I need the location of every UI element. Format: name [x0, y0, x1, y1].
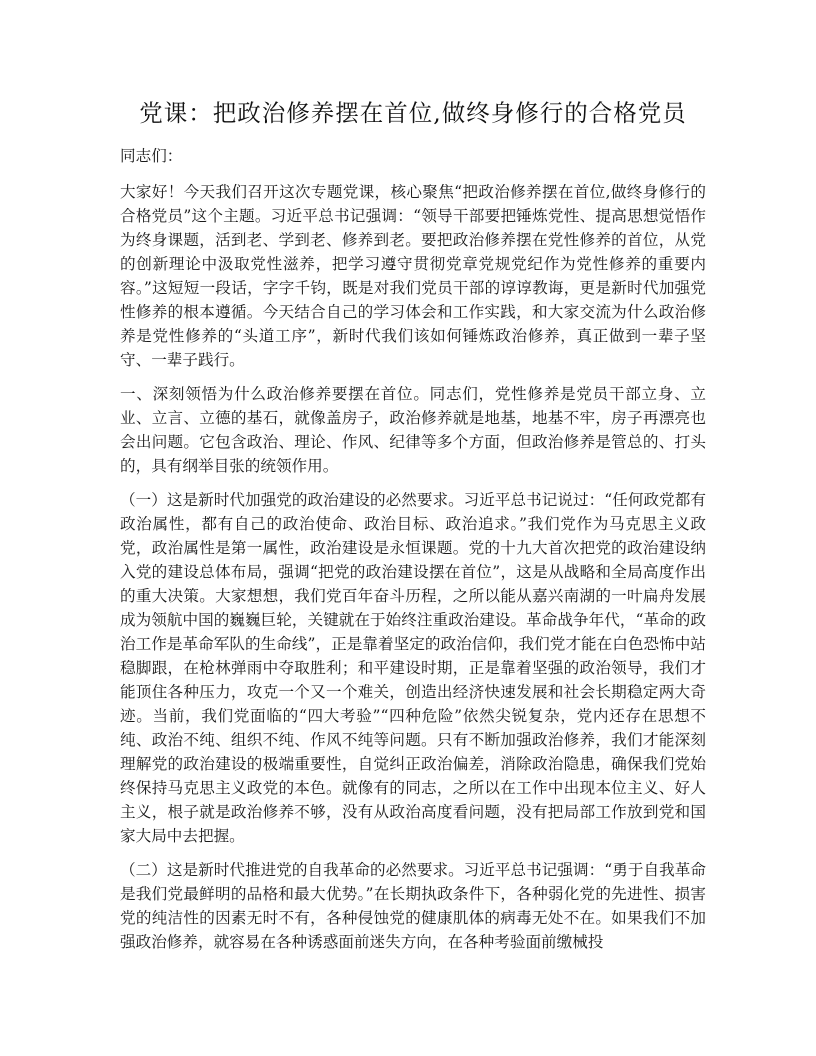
paragraph-intro: 大家好！今天我们召开这次专题党课，核心聚焦“把政治修养摆在首位,做终身修行的合格… — [120, 180, 706, 372]
paragraph-subsection-1: （一）这是新时代加强党的政治建设的必然要求。习近平总书记说过：“任何政党都有政治… — [120, 488, 706, 848]
paragraph-section-1: 一、深刻领悟为什么政治修养要摆在首位。同志们，党性修养是党员干部立身、立业、立言… — [120, 382, 706, 478]
document-page: 党课：把政治修养摆在首位,做终身修行的合格党员 同志们： 大家好！今天我们召开这… — [120, 96, 706, 964]
greeting: 同志们： — [120, 144, 706, 168]
document-title: 党课：把政治修养摆在首位,做终身修行的合格党员 — [110, 96, 716, 130]
paragraph-subsection-2: （二）这是新时代推进党的自我革命的必然要求。习近平总书记强调：“勇于自我革命是我… — [120, 858, 706, 954]
